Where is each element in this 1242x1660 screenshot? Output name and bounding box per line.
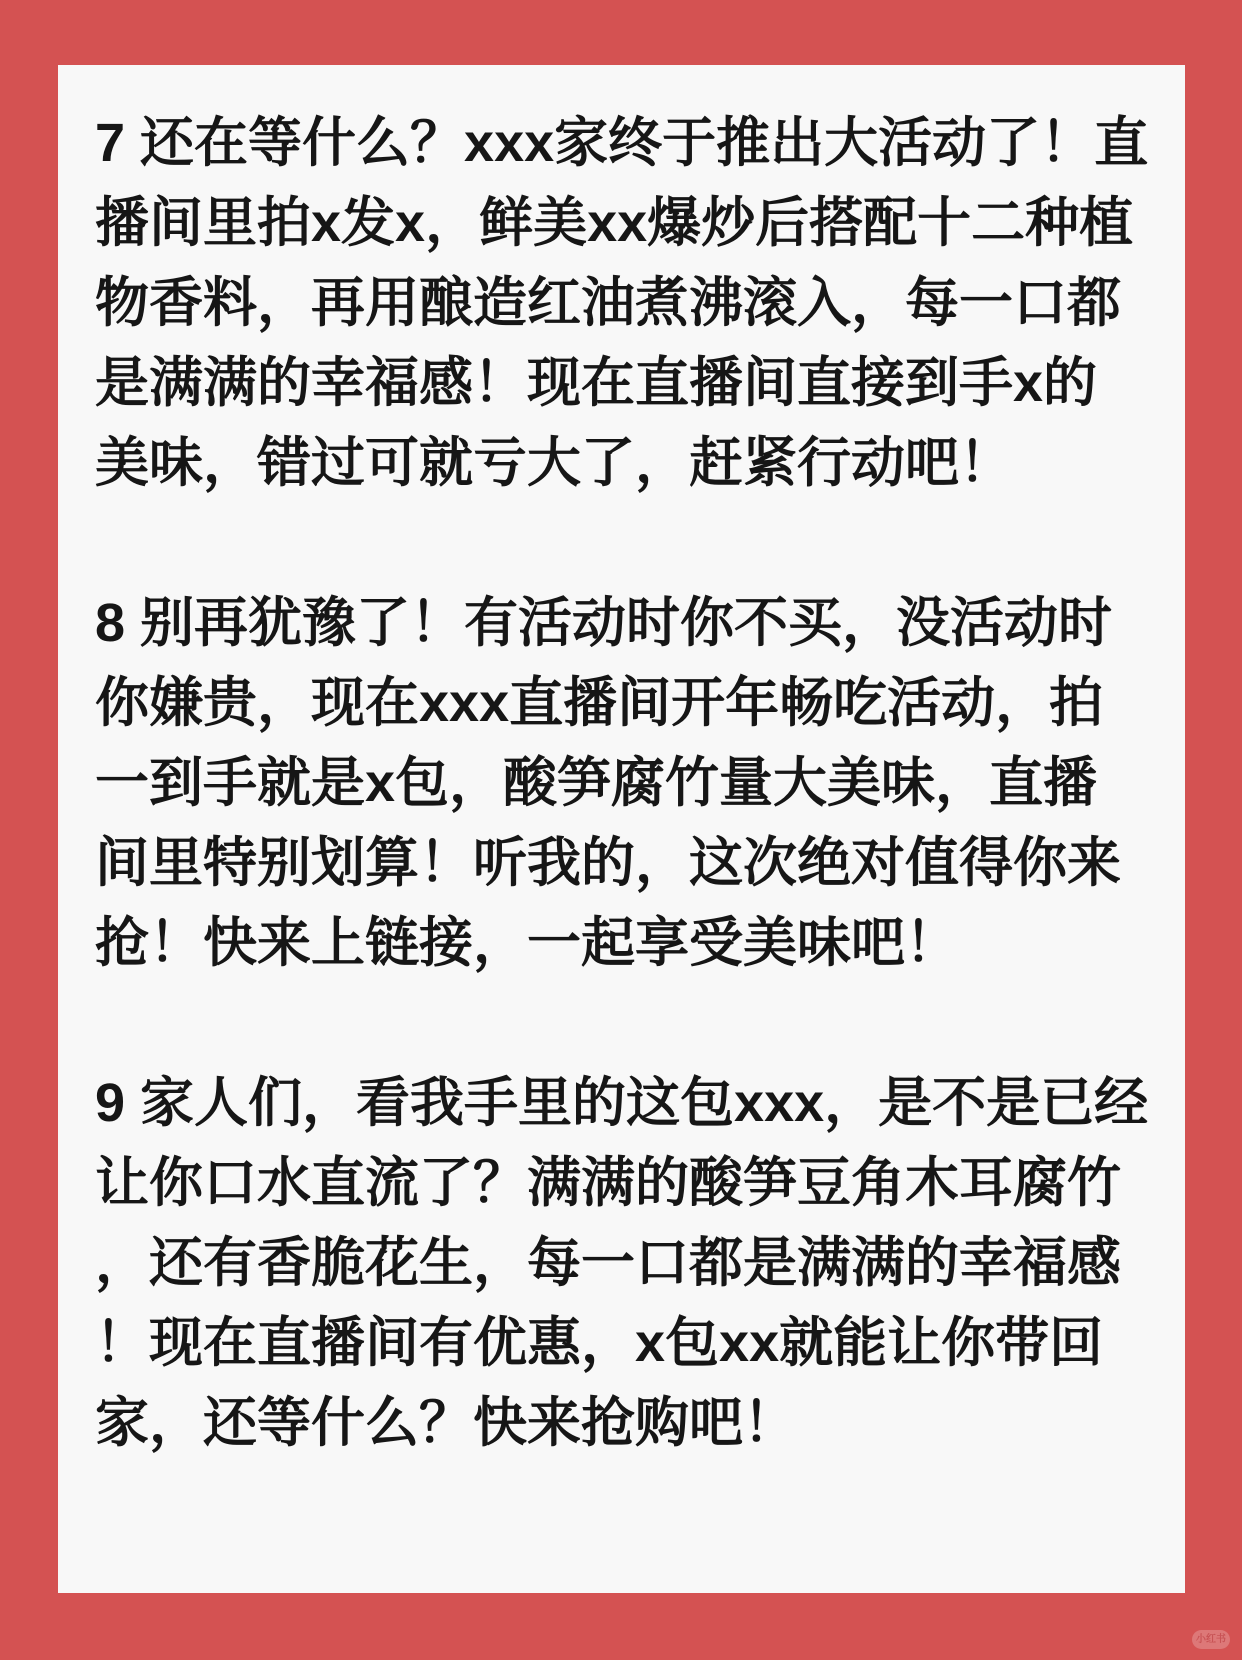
script-paragraph-7: 7 还在等什么？xxx家终于推出大活动了！直播间里拍x发x，鲜美xx爆炒后搭配十…: [95, 103, 1149, 503]
xiaohongshu-watermark: 小红书: [1192, 1630, 1230, 1649]
script-paragraph-8: 8 别再犹豫了！有活动时你不买，没活动时你嫌贵，现在xxx直播间开年畅吃活动，拍…: [95, 583, 1149, 983]
content-card: 7 还在等什么？xxx家终于推出大活动了！直播间里拍x发x，鲜美xx爆炒后搭配十…: [58, 65, 1185, 1593]
red-border-frame: 7 还在等什么？xxx家终于推出大活动了！直播间里拍x发x，鲜美xx爆炒后搭配十…: [0, 0, 1242, 1660]
xiaohongshu-watermark-label: 小红书: [1196, 1635, 1226, 1645]
script-paragraph-9: 9 家人们，看我手里的这包xxx，是不是已经让你口水直流了？满满的酸笋豆角木耳腐…: [95, 1063, 1149, 1463]
